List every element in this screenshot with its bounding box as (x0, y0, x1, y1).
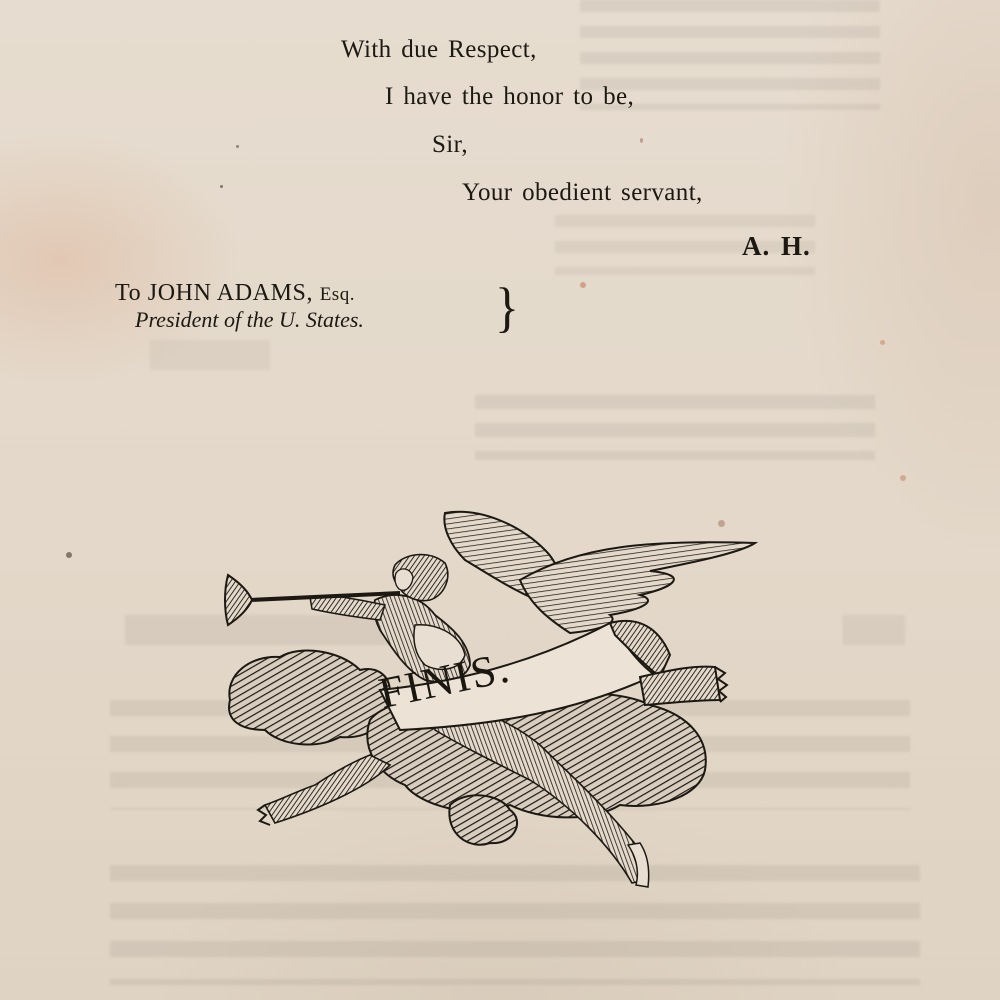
ink-speck (640, 138, 643, 143)
addressee-name-line: To JOHN ADAMS, Esq. (115, 280, 364, 307)
brace-glyph: } (495, 280, 519, 335)
show-through-line (475, 395, 875, 460)
addressee-title: President of the U. States. (135, 307, 364, 333)
ink-speck (66, 552, 72, 558)
foxing-spot (718, 520, 725, 527)
closing-line-servant: Your obedient servant, (462, 179, 703, 207)
ink-speck (236, 145, 239, 148)
addressee-prefix: To (115, 280, 141, 306)
addressee-name: JOHN ADAMS, (148, 280, 313, 306)
foxing-spot (880, 340, 885, 345)
addressee-block: To JOHN ADAMS, Esq. President of the U. … (115, 280, 364, 333)
foxing-spot (580, 282, 586, 288)
signature-initials: A. H. (742, 231, 811, 262)
closing-line-honor: I have the honor to be, (385, 83, 634, 111)
show-through-line (150, 340, 270, 370)
ink-speck (220, 185, 223, 188)
closing-line-respect: With due Respect, (341, 36, 537, 64)
document-page: With due Respect, I have the honor to be… (0, 0, 1000, 1000)
wings (444, 512, 755, 633)
addressee-suffix: Esq. (320, 284, 355, 305)
closing-line-salutation: Sir, (432, 131, 468, 159)
foxing-spot (900, 475, 906, 481)
finis-angel-woodcut (220, 505, 770, 890)
